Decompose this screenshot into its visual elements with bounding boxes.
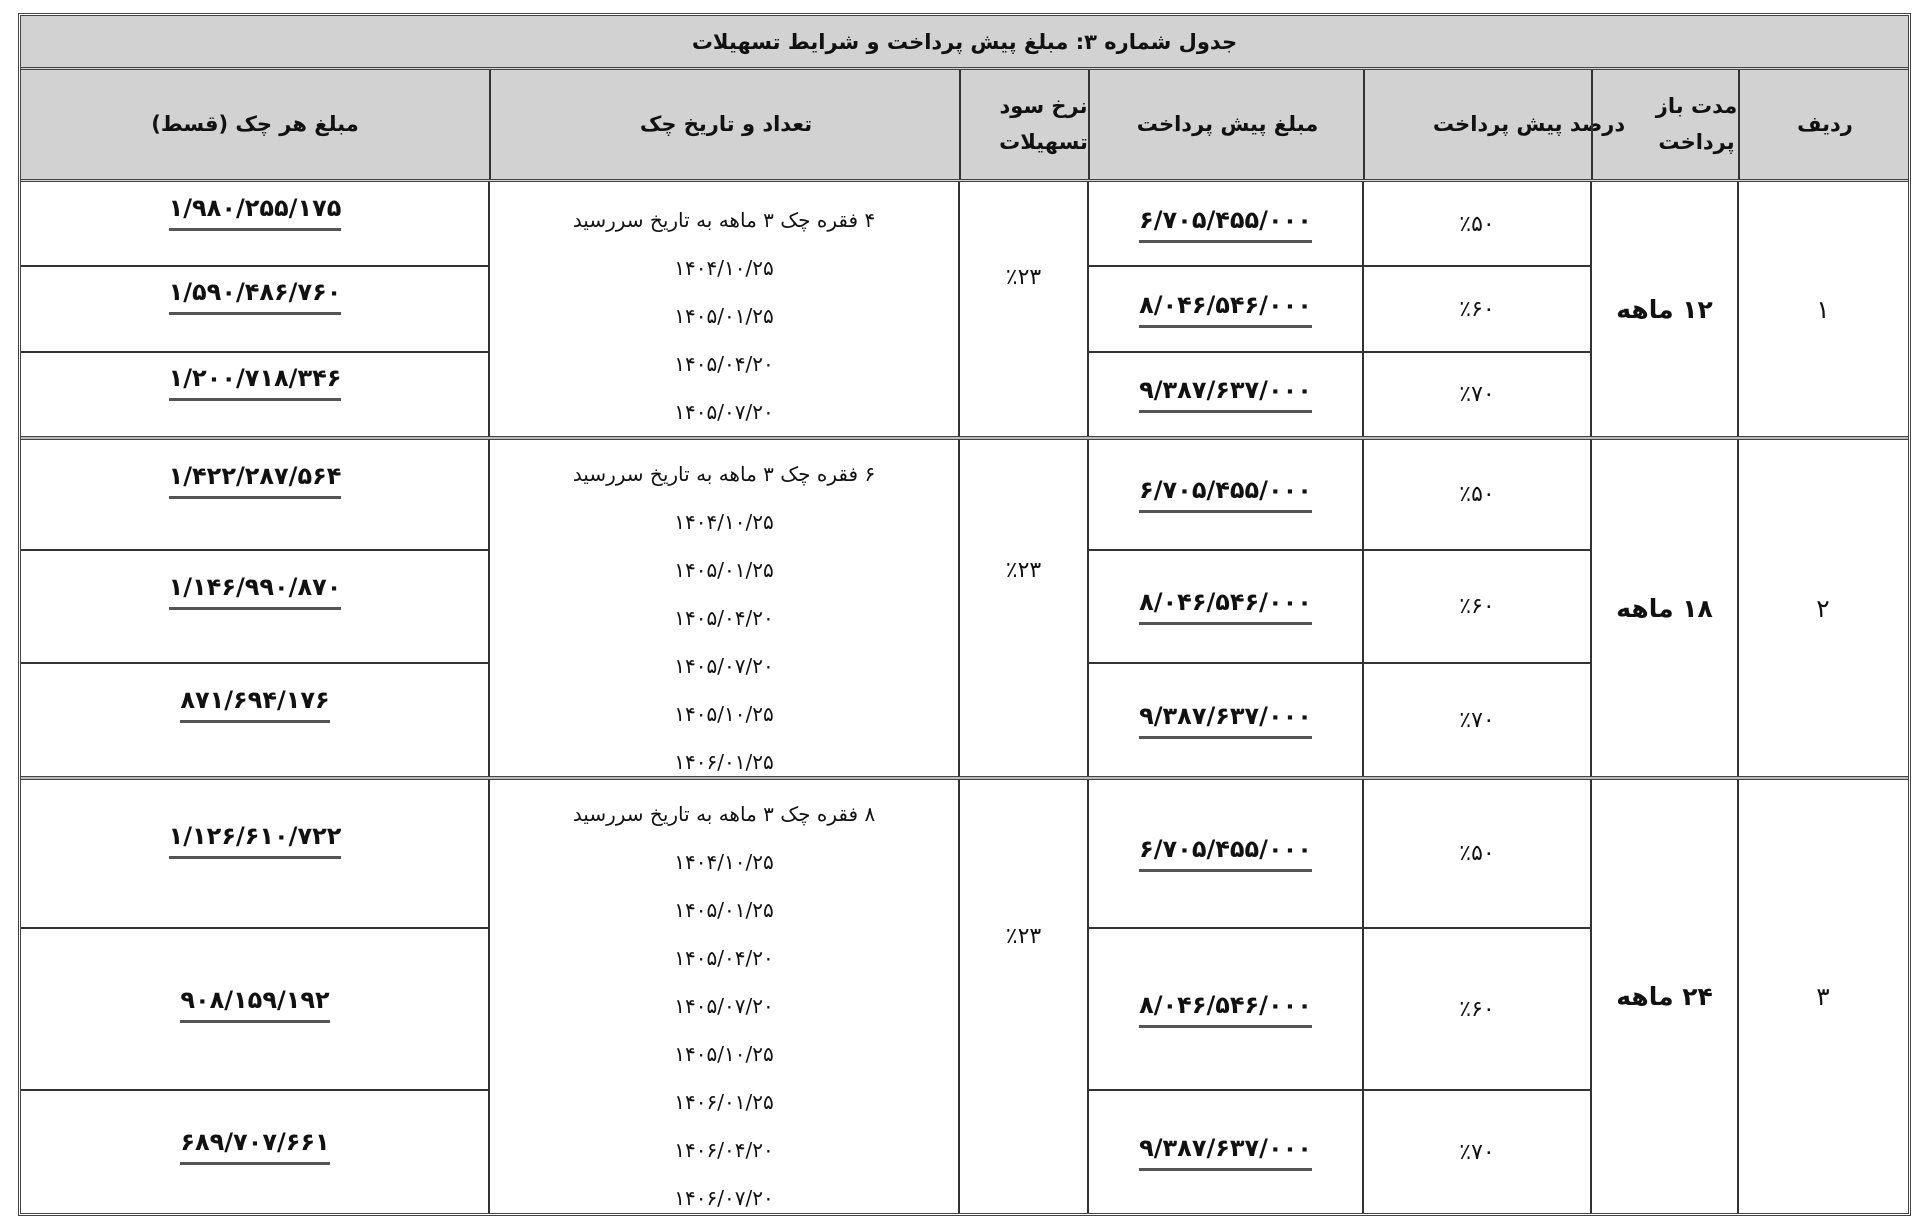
cheque-date: ۱۴۰۶/۰۱/۲۵: [674, 1078, 773, 1126]
down-amount-value: ۹/۳۸۷/۶۳۷/۰۰۰: [1139, 702, 1312, 739]
cheque-amount-cell: ۱/۲۰۰/۷۱۸/۳۴۶: [21, 352, 489, 412]
cheque-amount-cell: ۱/۵۹۰/۴۸۶/۷۶۰: [21, 266, 489, 326]
cheque-amount-cell: ۸۷۱/۶۹۴/۱۷۶: [21, 664, 489, 744]
table-header-row: مبلغ هر چک (قسط) تعداد و تاریخ چک نرخ سو…: [21, 70, 1908, 182]
down-percent-cell: ٪۵۰: [1363, 780, 1591, 927]
term-cell: ۲۴ ماهه: [1591, 780, 1738, 1213]
cheque-date: ۱۴۰۵/۱۰/۲۵: [674, 1030, 773, 1078]
down-amount-value: ۹/۳۸۷/۶۳۷/۰۰۰: [1139, 376, 1312, 413]
down-amount-value: ۶/۷۰۵/۴۵۵/۰۰۰: [1139, 206, 1312, 243]
down-percent-cell: ٪۶۰: [1363, 266, 1591, 352]
down-amount-value: ۸/۰۴۶/۵۴۶/۰۰۰: [1139, 291, 1312, 328]
cheque-date: ۱۴۰۴/۱۰/۲۵: [674, 838, 773, 886]
cheque-date: ۱۴۰۵/۱۰/۲۵: [674, 690, 773, 738]
cheque-amount-cell: ۱/۴۲۲/۲۸۷/۵۶۴: [21, 440, 489, 520]
header-row-number: ردیف: [1738, 70, 1910, 179]
cheque-date: ۱۴۰۵/۰۴/۲۰: [674, 594, 773, 642]
cheque-amount-value: ۱/۵۹۰/۴۸۶/۷۶۰: [169, 278, 342, 315]
cheque-date: ۱۴۰۴/۱۰/۲۵: [674, 498, 773, 546]
down-amount-value: ۶/۷۰۵/۴۵۵/۰۰۰: [1139, 835, 1312, 872]
header-cheques: تعداد و تاریخ چک: [489, 70, 961, 179]
down-percent-cell: ٪۵۰: [1363, 440, 1591, 549]
cheque-date: ۱۴۰۵/۰۴/۲۰: [674, 340, 773, 388]
down-amount-value: ۸/۰۴۶/۵۴۶/۰۰۰: [1139, 588, 1312, 625]
down-amount-cell: ۸/۰۴۶/۵۴۶/۰۰۰: [1088, 551, 1363, 662]
cheque-schedule: ۴ فقره چک ۳ ماهه به تاریخ سررسید ۱۴۰۴/۱۰…: [489, 196, 959, 436]
down-amount-value: ۶/۷۰۵/۴۵۵/۰۰۰: [1139, 476, 1312, 513]
cheque-date: ۱۴۰۴/۱۰/۲۵: [674, 244, 773, 292]
cheque-date: ۱۴۰۵/۰۷/۲۰: [674, 982, 773, 1030]
cheque-date: ۱۴۰۶/۰۱/۲۵: [674, 738, 773, 786]
cheque-date: ۱۴۰۵/۰۷/۲۰: [674, 642, 773, 690]
cheque-date: ۱۴۰۵/۰۴/۲۰: [674, 934, 773, 982]
cheque-date: ۱۴۰۵/۰۷/۲۰: [674, 388, 773, 436]
down-percent-cell: ٪۷۰: [1363, 1091, 1591, 1213]
down-amount-cell: ۸/۰۴۶/۵۴۶/۰۰۰: [1088, 929, 1363, 1089]
cheque-schedule-title: ۶ فقره چک ۳ ماهه به تاریخ سررسید: [573, 450, 875, 498]
cheque-date: ۱۴۰۶/۰۴/۲۰: [674, 1126, 773, 1174]
down-amount-cell: ۸/۰۴۶/۵۴۶/۰۰۰: [1088, 266, 1363, 352]
down-amount-cell: ۹/۳۸۷/۶۳۷/۰۰۰: [1088, 1091, 1363, 1213]
down-amount-value: ۸/۰۴۶/۵۴۶/۰۰۰: [1139, 991, 1312, 1028]
interest-rate-cell: ٪۲۳: [959, 780, 1088, 1092]
cheque-amount-value: ۱/۲۰۰/۷۱۸/۳۴۶: [169, 364, 342, 401]
down-percent-cell: ٪۷۰: [1363, 352, 1591, 436]
cheque-amount-cell: ۶۸۹/۷۰۷/۶۶۱: [21, 1091, 489, 1201]
cheque-amount-value: ۸۷۱/۶۹۴/۱۷۶: [180, 686, 329, 723]
cheque-date: ۱۴۰۶/۰۷/۲۰: [674, 1174, 773, 1222]
cheque-amount-value: ۱/۱۲۶/۶۱۰/۷۲۲: [169, 822, 342, 859]
term-cell: ۱۲ ماهه: [1591, 182, 1738, 436]
down-amount-cell: ۶/۷۰۵/۴۵۵/۰۰۰: [1088, 780, 1363, 927]
cheque-schedule-title: ۸ فقره چک ۳ ماهه به تاریخ سررسید: [573, 790, 875, 838]
cheque-schedule: ۸ فقره چک ۳ ماهه به تاریخ سررسید ۱۴۰۴/۱۰…: [489, 790, 959, 1213]
cheque-amount-value: ۱/۴۲۲/۲۸۷/۵۶۴: [169, 462, 342, 499]
down-percent-cell: ٪۶۰: [1363, 551, 1591, 662]
cheque-amount-cell: ۱/۹۸۰/۲۵۵/۱۷۵: [21, 182, 489, 242]
down-percent-cell: ٪۶۰: [1363, 929, 1591, 1089]
down-percent-cell: ٪۷۰: [1363, 664, 1591, 776]
down-percent-cell: ٪۵۰: [1363, 182, 1591, 266]
down-amount-cell: ۹/۳۸۷/۶۳۷/۰۰۰: [1088, 352, 1363, 436]
cheque-amount-cell: ۹۰۸/۱۵۹/۱۹۲: [21, 929, 489, 1079]
down-amount-cell: ۹/۳۸۷/۶۳۷/۰۰۰: [1088, 664, 1363, 776]
header-cheque-amount: مبلغ هر چک (قسط): [21, 70, 489, 179]
row-number: ۲: [1738, 440, 1908, 776]
cheque-amount-value: ۶۸۹/۷۰۷/۶۶۱: [180, 1128, 329, 1165]
cheque-date: ۱۴۰۵/۰۱/۲۵: [674, 292, 773, 340]
interest-rate-cell: ٪۲۳: [959, 440, 1088, 700]
cheque-amount-value: ۱/۱۴۶/۹۹۰/۸۷۰: [169, 573, 342, 610]
cheque-schedule: ۶ فقره چک ۳ ماهه به تاریخ سررسید ۱۴۰۴/۱۰…: [489, 450, 959, 776]
down-amount-cell: ۶/۷۰۵/۴۵۵/۰۰۰: [1088, 440, 1363, 549]
term-cell: ۱۸ ماهه: [1591, 440, 1738, 776]
cheque-schedule-title: ۴ فقره چک ۳ ماهه به تاریخ سررسید: [573, 196, 875, 244]
header-down-amount: مبلغ پیش پرداخت: [1088, 70, 1365, 179]
cheque-date: ۱۴۰۵/۰۱/۲۵: [674, 886, 773, 934]
cheque-amount-cell: ۱/۱۴۶/۹۹۰/۸۷۰: [21, 551, 489, 631]
interest-rate-cell: ٪۲۳: [959, 182, 1088, 372]
cheque-amount-cell: ۱/۱۲۶/۶۱۰/۷۲۲: [21, 780, 489, 900]
cheque-amount-value: ۱/۹۸۰/۲۵۵/۱۷۵: [169, 194, 342, 231]
down-amount-cell: ۶/۷۰۵/۴۵۵/۰۰۰: [1088, 182, 1363, 266]
row-number: ۱: [1738, 182, 1908, 436]
table-title: جدول شماره ۳: مبلغ پیش پرداخت و شرایط تس…: [21, 16, 1908, 70]
payment-terms-table: جدول شماره ۳: مبلغ پیش پرداخت و شرایط تس…: [18, 13, 1911, 1216]
row-number: ۳: [1738, 780, 1908, 1213]
cheque-date: ۱۴۰۵/۰۱/۲۵: [674, 546, 773, 594]
cheque-amount-value: ۹۰۸/۱۵۹/۱۹۲: [180, 986, 329, 1023]
down-amount-value: ۹/۳۸۷/۶۳۷/۰۰۰: [1139, 1134, 1312, 1171]
